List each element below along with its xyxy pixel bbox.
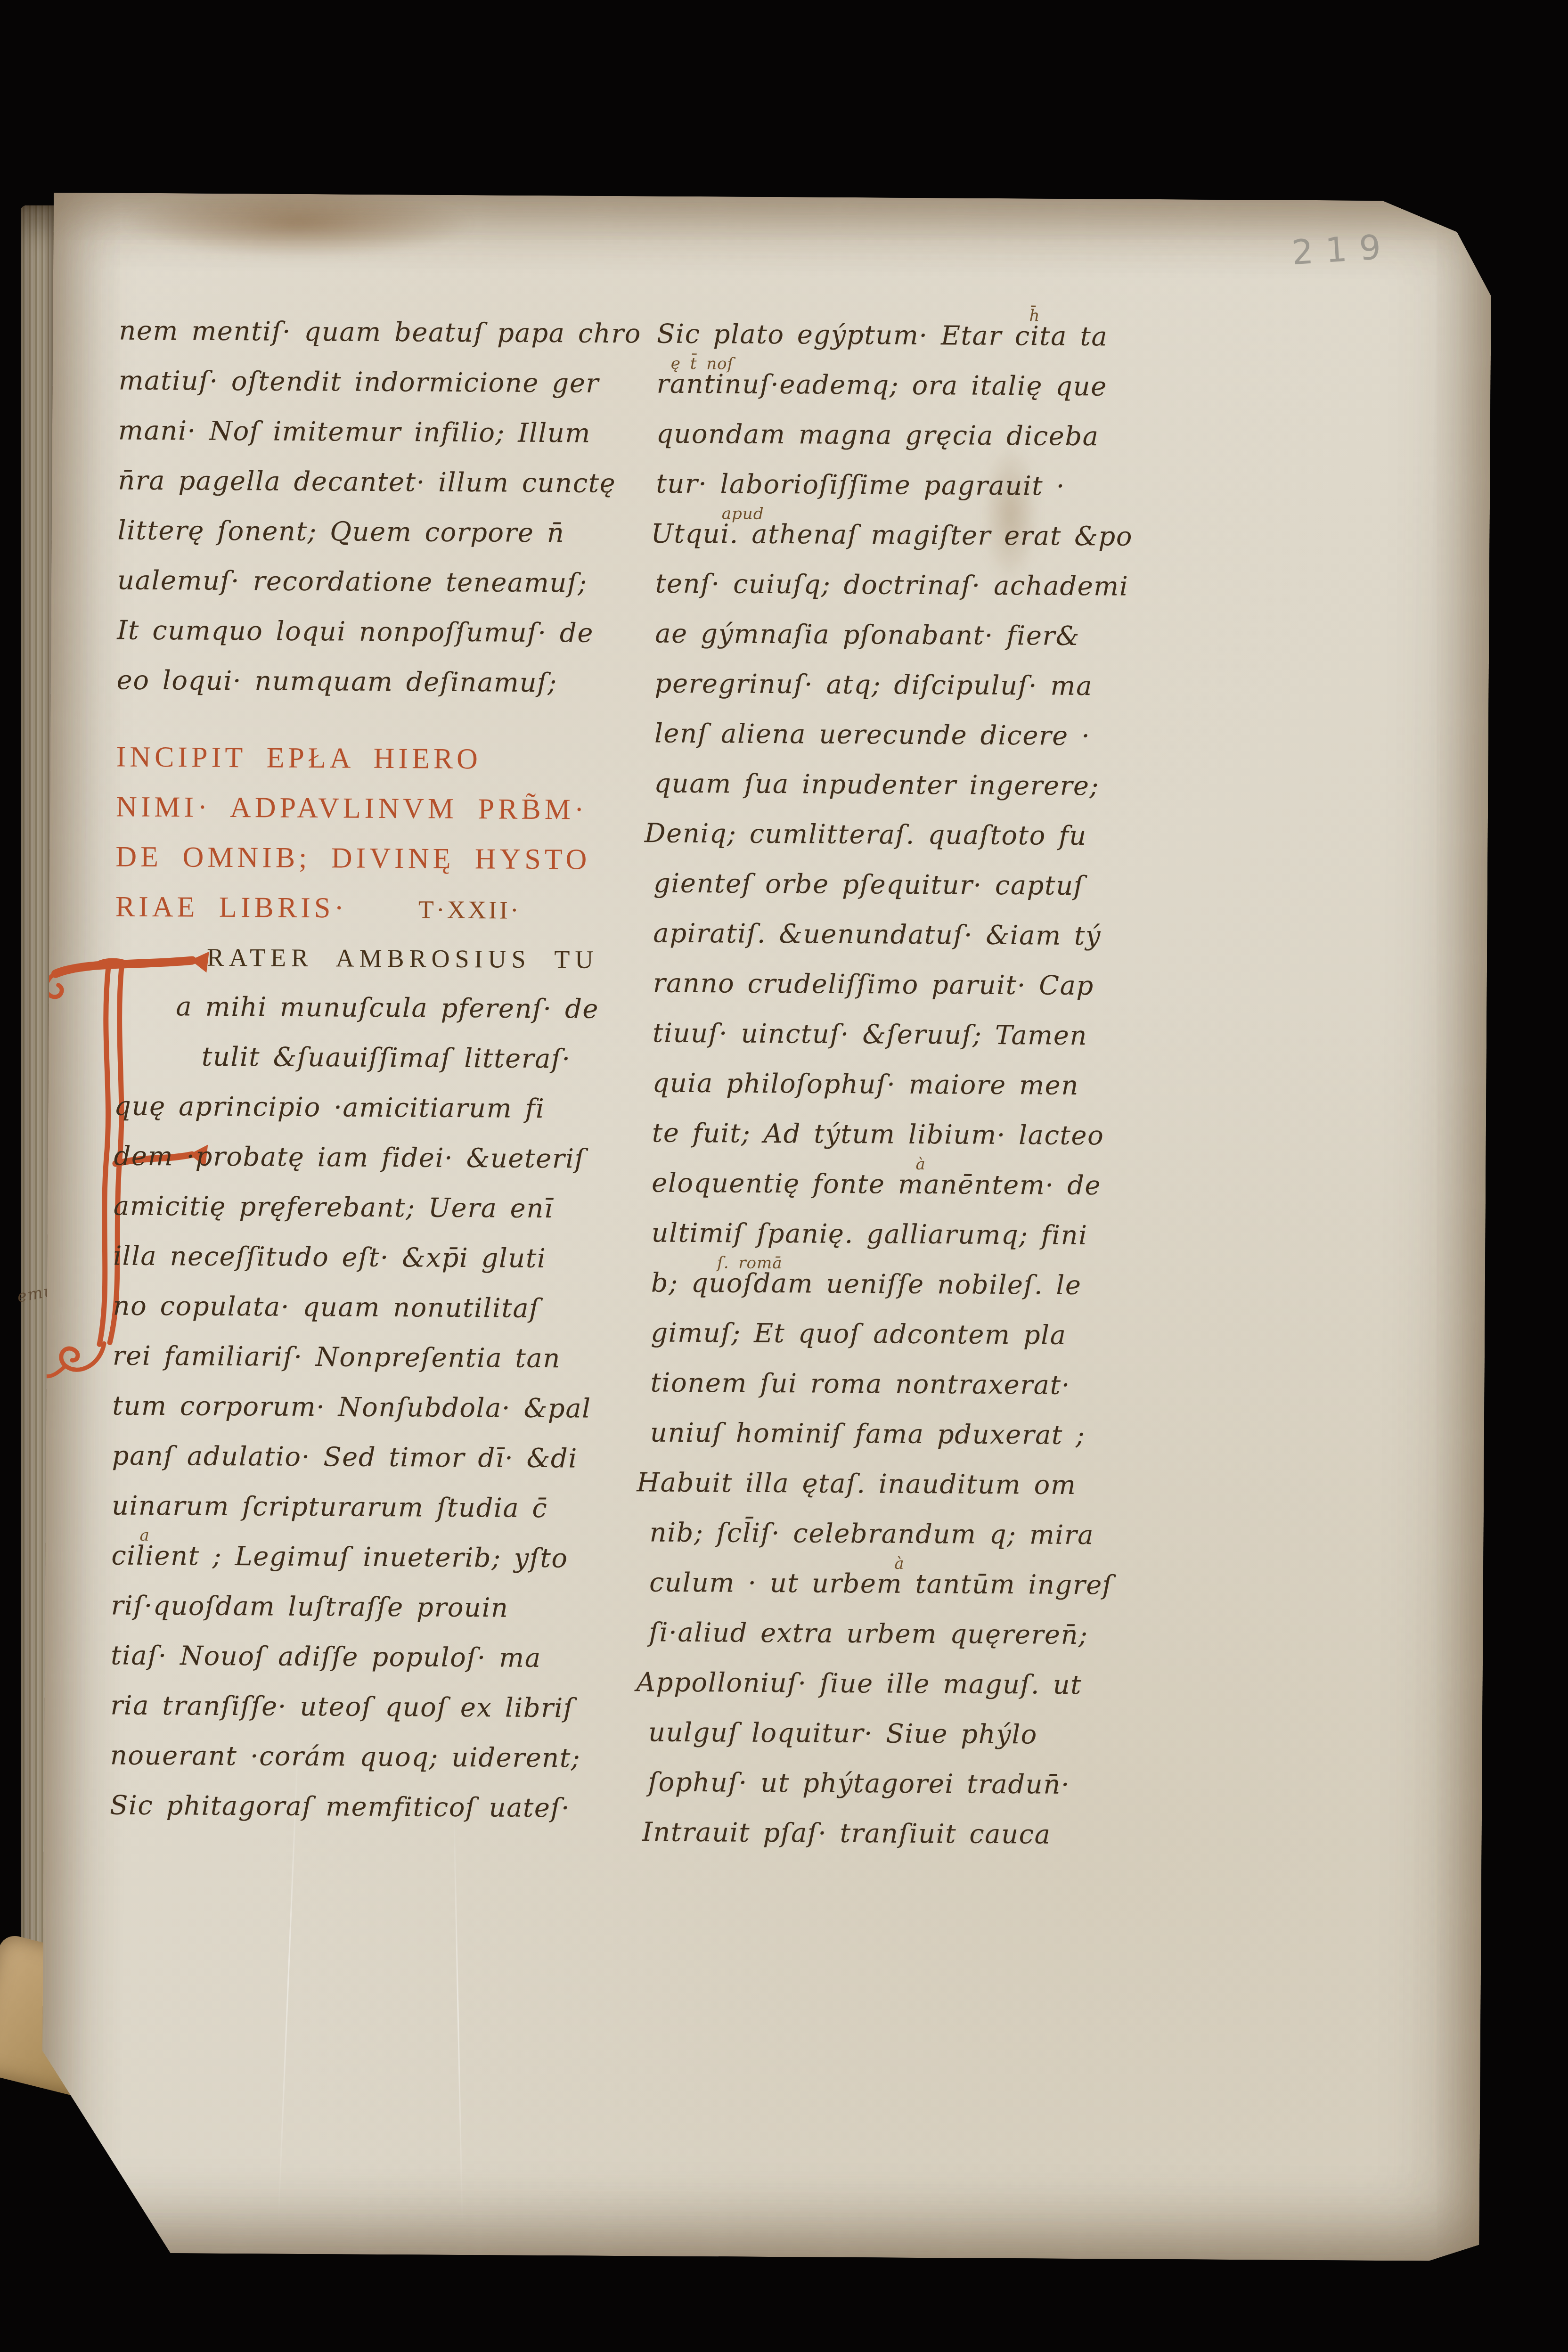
manuscript-line: h̄Sic plato egýptum· Etar cita ta	[657, 310, 1312, 363]
line-text: a mihi munuſcula pferenſ· de	[176, 991, 599, 1024]
manuscript-line: RIAE LIBRIS·T·XXII·	[115, 882, 657, 935]
manuscript-line: quę aprincipio ·amicitiarum fi	[114, 1081, 656, 1135]
line-text: eloquentię fonte manēntem· de	[652, 1168, 1101, 1201]
line-text: riſ·quoſdam luſtraſſe prouin	[111, 1590, 509, 1623]
line-text: INCIPIT EPŁA HIERO	[116, 741, 482, 776]
line-text: Sic phitagoraſ memfiticoſ uateſ·	[110, 1790, 570, 1823]
manuscript-line: ualemuſ· recordatione teneamuſ;	[117, 556, 660, 609]
line-text: ultimiſ ſpanię. galliarumq; fini	[651, 1217, 1087, 1251]
manuscript-line: uinarum ſcripturarum ſtudia c̄	[112, 1481, 654, 1534]
manuscript-line: ranno crudeliſſimo paruit· Cap	[653, 958, 1308, 1012]
line-text: DE OMNIB; DIVINĘ HYSTO	[115, 841, 590, 876]
manuscript-page: 219 F nem mentiſ· quam beatuſ papa chrom…	[41, 193, 1492, 2262]
manuscript-line: litterę ſonent; Quem corpore n̄	[117, 506, 660, 559]
interlinear-gloss: ſ. romā	[717, 1255, 783, 1271]
interlinear-gloss: à	[915, 1156, 925, 1172]
line-text: Intrauit pſaſ· tranſiuit cauca	[642, 1817, 1051, 1850]
line-text: RIAE LIBRIS·	[115, 891, 348, 924]
line-text: matiuſ· oſtendit indormicione ger	[118, 366, 599, 399]
line-text: ria tranſiſſe· uteoſ quoſ ex libriſ	[110, 1690, 574, 1723]
line-text: quam ſua inpudenter ingerere;	[654, 768, 1099, 801]
line-text: ſi·aliud extra urbem quęreren̄;	[649, 1617, 1088, 1650]
manuscript-line: dem ·probatę iam fidei· &ueteriſ	[114, 1131, 656, 1184]
line-text: tur· laborioſiſſime pagrauit ·	[656, 468, 1065, 501]
line-text: tionem ſui roma nontraxerat·	[650, 1367, 1070, 1400]
manuscript-line: amicitię pręferebant; Uera enī	[114, 1181, 656, 1234]
line-text: NIMI· ADPAVLINVM PRB̃M·	[116, 791, 588, 826]
manuscript-line: gimuſ; Et quoſ adcontem pla	[651, 1308, 1306, 1362]
manuscript-line: ria tranſiſſe· uteoſ quoſ ex libriſ	[110, 1681, 653, 1734]
line-text: tenſ· cuiuſq; doctrinaſ· achademi	[655, 568, 1129, 602]
line-text: litterę ſonent; Quem corpore n̄	[117, 515, 564, 549]
interlinear-gloss: ę t̄ noſ	[671, 356, 734, 372]
manuscript-line: lenſ aliena uerecunde dicere ·	[654, 709, 1310, 762]
manuscript-line: ſ. romāb; quoſdam ueniſſe nobileſ. le	[651, 1258, 1307, 1312]
line-text: peregrinuſ· atq; diſcipuluſ· ma	[654, 668, 1093, 702]
line-text: lenſ aliena uerecunde dicere ·	[654, 718, 1091, 751]
folio-number: 219	[1290, 227, 1394, 273]
line-text: quia philoſophuſ· maiore men	[652, 1068, 1079, 1101]
line-text: nouerant ·corám quoq; uiderent;	[110, 1740, 581, 1773]
manuscript-line: DE OMNIB; DIVINĘ HYSTO	[115, 832, 658, 885]
manuscript-line: Appolloniuſ· ſiue ille maguſ. ut	[636, 1658, 1304, 1712]
left-text-column: nem mentiſ· quam beatuſ papa chromatiuſ·…	[110, 306, 661, 1834]
manuscript-line: tenſ· cuiuſq; doctrinaſ· achademi	[655, 559, 1311, 612]
manuscript-line: no copulata· quam nonutilitaſ	[113, 1281, 655, 1334]
manuscript-line: quam ſua inpudenter ingerere;	[654, 759, 1309, 812]
manuscript-line: te fuit; Ad týtum libium· lacteo	[652, 1108, 1307, 1162]
manuscript-line: ſi·aliud extra urbem quęreren̄;	[649, 1608, 1304, 1661]
manuscript-line: panſ adulatio· Sed timor dī· &di	[112, 1431, 654, 1484]
manuscript-line: NIMI· ADPAVLINVM PRB̃M·	[116, 782, 658, 835]
line-text: no copulata· quam nonutilitaſ	[113, 1290, 539, 1324]
interlinear-gloss: à	[894, 1556, 904, 1572]
line-text: dem ·probatę iam fidei· &ueteriſ	[114, 1141, 585, 1174]
line-text: Deniq; cumlitteraſ. quaſtoto fu	[645, 818, 1087, 851]
screenshot-root: { "page": { "number": "219", "fore_edge_…	[0, 0, 1568, 2352]
line-text: nem mentiſ· quam beatuſ papa chro	[119, 316, 641, 350]
manuscript-line: uniuſ hominiſ fama pduxerat ;	[650, 1408, 1306, 1462]
line-text: rantinuſ·eademq; ora italię que	[656, 369, 1107, 402]
line-text: rei familiariſ· Nonpreſentia tan	[113, 1340, 561, 1374]
line-text: gienteſ orbe pſequitur· captuſ	[653, 868, 1084, 901]
line-text: mani· Noſ imitemur infilio; Illum	[118, 416, 591, 449]
line-text: It cumquo loqui nonpoſſumuſ· de	[117, 615, 594, 649]
right-text-column: h̄Sic plato egýptum· Etar cita taę t̄ no…	[647, 310, 1312, 1862]
manuscript-line: apudUtqui. athenaſ magiſter erat &po	[651, 509, 1311, 563]
interlinear-gloss: apud	[722, 506, 764, 522]
manuscript-line: illa neceſſitudo eſt· &xp̄i gluti	[113, 1231, 655, 1284]
interlinear-gloss: h̄	[1029, 308, 1040, 324]
top-edge-stain	[124, 187, 473, 260]
manuscript-line: acilient ; Legimuſ inueterib; yſto	[111, 1531, 653, 1584]
manuscript-line: Sic phitagoraſ memfiticoſ uateſ·	[110, 1780, 652, 1834]
manuscript-line: apiratiſ. &uenundatuſ· &iam tý	[653, 908, 1308, 962]
parchment-crease	[453, 1797, 463, 2221]
manuscript-line: INCIPIT EPŁA HIERO	[116, 732, 658, 785]
manuscript-line: n̄ra pagella decantet· illum cunctę	[118, 456, 660, 509]
line-text: ſophuſ· ut phýtagorei tradun̄·	[648, 1767, 1070, 1800]
chapter-number-addition: T·XXII·	[418, 895, 521, 924]
line-text: apiratiſ. &uenundatuſ· &iam tý	[653, 918, 1101, 951]
line-text: gimuſ; Et quoſ adcontem pla	[651, 1317, 1067, 1350]
line-text: RATER AMBROSIUS TU	[207, 943, 598, 974]
line-text: amicitię pręferebant; Uera enī	[114, 1191, 554, 1224]
manuscript-line: Intrauit pſaſ· tranſiuit cauca	[642, 1807, 1303, 1862]
manuscript-line: It cumquo loqui nonpoſſumuſ· de	[117, 606, 659, 659]
line-text: quondam magna gręcia diceba	[656, 419, 1099, 452]
line-text: uinarum ſcripturarum ſtudia c̄	[112, 1490, 548, 1524]
line-text: Appolloniuſ· ſiue ille maguſ. ut	[637, 1667, 1082, 1700]
line-text: te fuit; Ad týtum libium· lacteo	[652, 1118, 1104, 1151]
manuscript-line: ſophuſ· ut phýtagorei tradun̄·	[648, 1757, 1303, 1811]
manuscript-line: quia philoſophuſ· maiore men	[652, 1058, 1307, 1112]
line-text: uulguſ loquitur· Siue phýlo	[648, 1717, 1037, 1750]
manuscript-line: àculum · ut urbem tantūm ingreſ	[649, 1558, 1305, 1611]
manuscript-line: tum corporum· Nonſubdola· &pal	[112, 1381, 654, 1434]
manuscript-line: mani· Noſ imitemur infilio; Illum	[118, 406, 661, 459]
manuscript-line: ę t̄ noſrantinuſ·eademq; ora italię que	[656, 359, 1312, 413]
line-text: Sic plato egýptum· Etar cita ta	[657, 319, 1108, 352]
line-text: quę aprincipio ·amicitiarum fi	[114, 1091, 545, 1124]
manuscript-line: gienteſ orbe pſequitur· captuſ	[653, 858, 1309, 912]
manuscript-line: RATER AMBROSIUS TU	[207, 932, 657, 985]
interlinear-gloss: a	[140, 1527, 150, 1543]
line-text: illa neceſſitudo eſt· &xp̄i gluti	[113, 1241, 547, 1274]
manuscript-line: nib; ſcl̄iſ· celebrandum q; mira	[649, 1508, 1305, 1561]
manuscript-line: rei familiariſ· Nonpreſentia tan	[113, 1331, 655, 1384]
line-text: tum corporum· Nonſubdola· &pal	[112, 1390, 591, 1424]
line-text: panſ adulatio· Sed timor dī· &di	[112, 1440, 577, 1474]
line-text: ae gýmnaſia pſonabant· fier&	[655, 618, 1080, 652]
manuscript-line: tiuuſ· uinctuſ· &ſeruuſ; Tamen	[653, 1008, 1308, 1062]
manuscript-line: peregrinuſ· atq; diſcipuluſ· ma	[654, 659, 1310, 712]
line-text: nib; ſcl̄iſ· celebrandum q; mira	[649, 1517, 1094, 1551]
line-text: eo loqui· numquam deſinamuſ;	[117, 665, 557, 699]
line-text: ranno crudeliſſimo paruit· Cap	[653, 968, 1094, 1001]
manuscript-line: matiuſ· oſtendit indormicione ger	[118, 356, 661, 409]
line-text: tiaſ· Nouoſ adiſſe populoſ· ma	[111, 1640, 541, 1674]
manuscript-line: tionem ſui roma nontraxerat·	[650, 1358, 1306, 1412]
line-text: cilient ; Legimuſ inueterib; yſto	[111, 1540, 568, 1574]
line-text: tiuuſ· uinctuſ· &ſeruuſ; Tamen	[653, 1018, 1087, 1051]
manuscript-line: àeloquentię fonte manēntem· de	[652, 1158, 1307, 1212]
manuscript-line: riſ·quoſdam luſtraſſe prouin	[111, 1581, 653, 1634]
manuscript-line: ae gýmnaſia pſonabant· fier&	[655, 609, 1310, 662]
manuscript-line: Habuit illa ętaſ. inauditum om	[637, 1458, 1305, 1512]
line-text: uniuſ hominiſ fama pduxerat ;	[650, 1417, 1086, 1451]
manuscript-line: uulguſ loquitur· Siue phýlo	[648, 1707, 1304, 1761]
line-text: culum · ut urbem tantūm ingreſ	[649, 1567, 1113, 1601]
line-text: tulit &ſuauiſſimaſ litteraſ·	[202, 1042, 571, 1075]
manuscript-line: tiaſ· Nouoſ adiſſe populoſ· ma	[111, 1631, 653, 1684]
line-text: ualemuſ· recordatione teneamuſ;	[117, 565, 588, 599]
manuscript-line: tulit &ſuauiſſimaſ litteraſ·	[202, 1032, 657, 1085]
manuscript-line: nouerant ·corám quoq; uiderent;	[110, 1731, 652, 1784]
manuscript-line: quondam magna gręcia diceba	[656, 409, 1312, 463]
manuscript-line: nem mentiſ· quam beatuſ papa chro	[119, 306, 661, 359]
line-text: Habuit illa ętaſ. inauditum om	[637, 1467, 1076, 1501]
line-text: Utqui. athenaſ magiſter erat &po	[651, 518, 1133, 552]
manuscript-line: Deniq; cumlitteraſ. quaſtoto fu	[644, 808, 1309, 863]
line-text: b; quoſdam ueniſſe nobileſ. le	[651, 1267, 1082, 1301]
manuscript-line: eo loqui· numquam deſinamuſ;	[116, 656, 659, 709]
manuscript-line: a mihi munuſcula pferenſ· de	[176, 982, 657, 1035]
line-text: n̄ra pagella decantet· illum cunctę	[118, 465, 616, 499]
